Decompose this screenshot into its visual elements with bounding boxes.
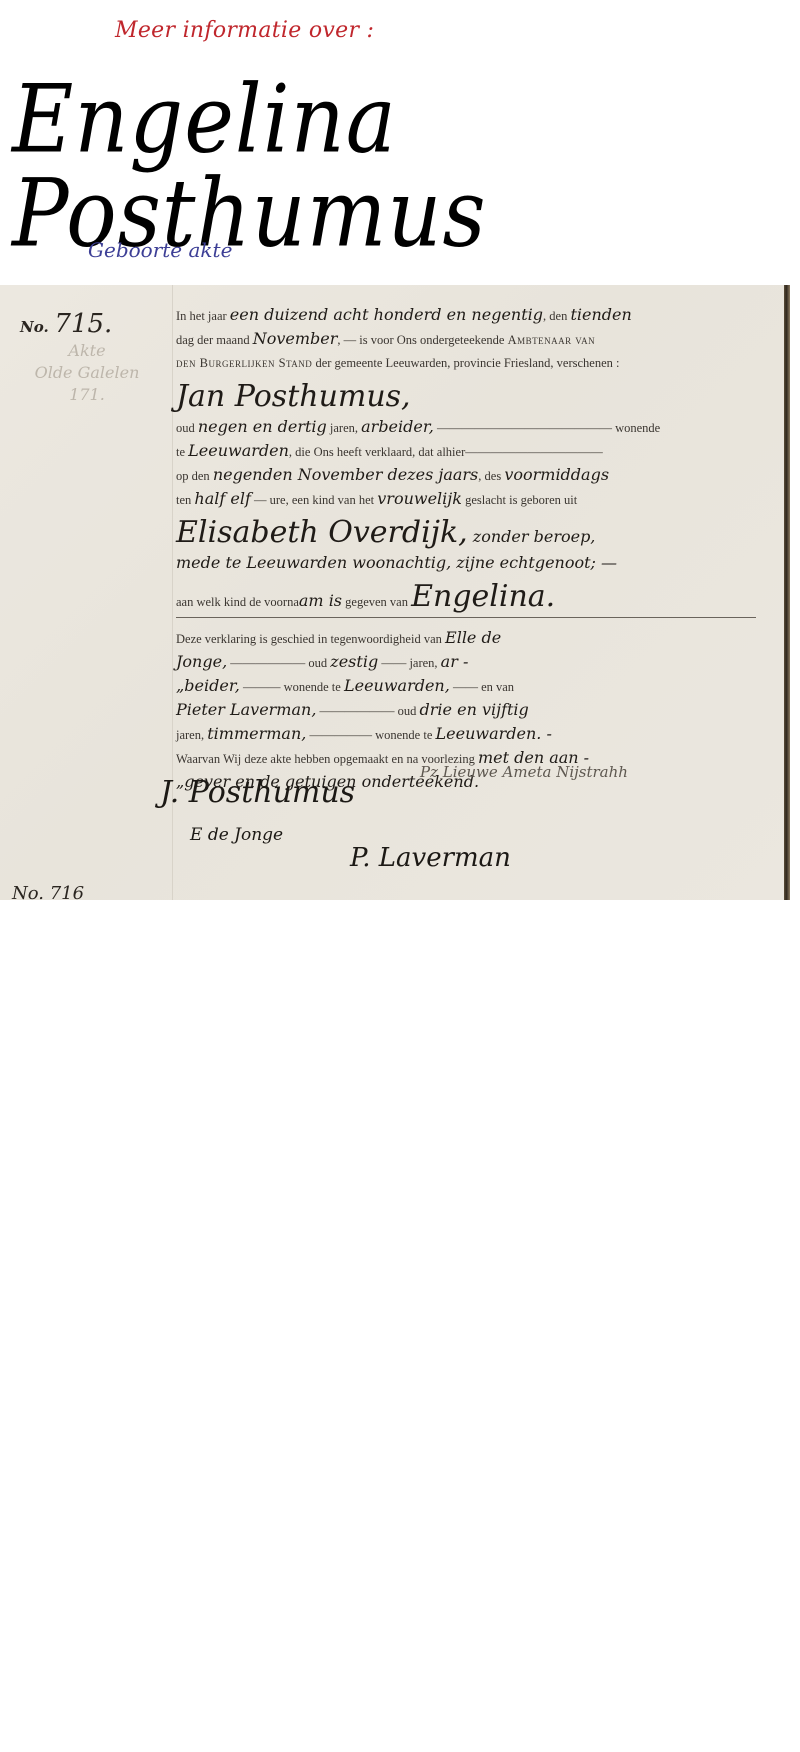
right-margin — [790, 285, 800, 900]
handwritten-text: timmerman, — [207, 724, 306, 743]
handwritten-text: „beider, — [176, 676, 240, 695]
margin-annotation: AkteOlde Galelen171. — [12, 340, 162, 406]
printed-text: , die Ons heeft verklaard, dat alhier———… — [289, 445, 603, 459]
printed-text: ——— wonende te — [240, 680, 344, 694]
handwritten-text: tienden — [570, 305, 631, 324]
handwritten-text: negen en dertig — [198, 417, 327, 436]
birth-certificate-scan: No. 715. AkteOlde Galelen171. No. 716 In… — [0, 285, 790, 900]
signatures: J. PosthumusPz Lieuwe Ameta NijstrahhE d… — [150, 755, 770, 900]
printed-text: —— jaren, — [378, 656, 440, 670]
printed-text: , den — [543, 309, 570, 323]
handwritten-text: ar - — [441, 652, 469, 671]
printed-text: , — is voor Ons ondergeteekende — [337, 333, 507, 347]
printed-text: der gemeente Leeuwarden, provincie Fries… — [312, 356, 619, 370]
handwritten-text: drie en vijftig — [420, 700, 529, 719]
handwritten-text: arbeider, — [361, 417, 434, 436]
printed-text: den Burgerlijken Stand — [176, 356, 312, 370]
handwritten-text: Leeuwarden. - — [436, 724, 552, 743]
section-divider — [176, 617, 756, 618]
handwritten-text: Pieter Laverman, — [176, 700, 316, 719]
handwritten-text: Engelina. — [411, 579, 555, 614]
record-line: Deze verklaring is geschied in tegenwoor… — [176, 626, 756, 650]
page-title: Engelina Posthumus — [12, 72, 800, 260]
printed-text: aan welk kind de voorna — [176, 595, 299, 609]
handwritten-text: zonder beroep, — [468, 527, 596, 546]
printed-text: jaren, — [176, 728, 207, 742]
record-line: Jonge, —————— oud zestig —— jaren, ar - — [176, 650, 756, 674]
signature: J. Posthumus — [160, 775, 355, 810]
record-line: oud negen en dertig jaren, arbeider, ———… — [176, 415, 756, 439]
record-line: ten half elf — ure, een kind van het vro… — [176, 487, 756, 511]
handwritten-text: Jonge, — [176, 652, 227, 671]
handwritten-text: Leeuwarden — [188, 441, 289, 460]
printed-text: op den — [176, 469, 213, 483]
handwritten-text: mede te Leeuwarden woonachtig, zijne ech… — [176, 553, 617, 572]
handwritten-text: negenden November dezes jaars — [213, 465, 478, 484]
printed-text: te — [176, 445, 188, 459]
margin-annotation-line: Akte — [12, 340, 162, 362]
handwritten-text: November — [253, 329, 338, 348]
record-number: No. 715. — [20, 309, 112, 339]
printed-text: Ambtenaar van — [508, 333, 596, 347]
margin-annotation-line: 171. — [12, 384, 162, 406]
printed-text: dag der maand — [176, 333, 253, 347]
handwritten-text: voormiddags — [504, 465, 609, 484]
handwritten-text: zestig — [330, 652, 378, 671]
printed-text: geslacht is geboren uit — [462, 493, 577, 507]
printed-text: jaren, — [327, 421, 361, 435]
printed-text: ten — [176, 493, 194, 507]
margin-annotation-line: Olde Galelen — [12, 362, 162, 384]
birth-certificate-link[interactable]: Geboorte akte — [88, 238, 232, 262]
record-line: „beider, ——— wonende te Leeuwarden, —— e… — [176, 674, 756, 698]
signature: Pz Lieuwe Ameta Nijstrahh — [420, 763, 628, 781]
signature: E de Jonge — [190, 825, 283, 845]
handwritten-text: vrouwelijk — [377, 489, 462, 508]
handwritten-text: Leeuwarden, — [344, 676, 450, 695]
record-line: Elisabeth Overdijk, zonder beroep, — [176, 511, 756, 551]
record-line: Jan Posthumus, — [176, 375, 756, 415]
printed-text: Deze verklaring is geschied in tegenwoor… — [176, 632, 445, 646]
printed-text: —————————————— wonende — [434, 421, 660, 435]
printed-text: , des — [478, 469, 504, 483]
record-line: In het jaar een duizend acht honderd en … — [176, 303, 756, 327]
printed-text: —————— oud — [316, 704, 419, 718]
record-line: dag der maand November, — is voor Ons on… — [176, 327, 756, 351]
record-line: mede te Leeuwarden woonachtig, zijne ech… — [176, 551, 756, 575]
next-record-number: No. 716 — [12, 883, 84, 900]
printed-text: —————— oud — [227, 656, 330, 670]
handwritten-text: Elle de — [445, 628, 501, 647]
record-line: Pieter Laverman, —————— oud drie en vijf… — [176, 698, 756, 722]
printed-text: — ure, een kind van het — [251, 493, 377, 507]
printed-text: oud — [176, 421, 198, 435]
printed-text: In het jaar — [176, 309, 230, 323]
kicker-text: Meer informatie over : — [115, 18, 374, 43]
handwritten-text: een duizend acht honderd en negentig — [230, 305, 543, 324]
record-line: jaren, timmerman, ————— wonende te Leeuw… — [176, 722, 756, 746]
handwritten-text: am is — [299, 591, 342, 610]
signature: P. Laverman — [350, 843, 511, 873]
printed-text: gegeven van — [342, 595, 411, 609]
handwritten-text: Elisabeth Overdijk, — [176, 515, 468, 550]
handwritten-text: half elf — [194, 489, 250, 508]
record-line: op den negenden November dezes jaars, de… — [176, 463, 756, 487]
record-line: aan welk kind de voornaam is gegeven van… — [176, 575, 756, 615]
handwritten-text: Jan Posthumus, — [176, 379, 411, 414]
record-line: den Burgerlijken Stand der gemeente Leeu… — [176, 351, 756, 375]
printed-text: ————— wonende te — [306, 728, 435, 742]
record-line: te Leeuwarden, die Ons heeft verklaard, … — [176, 439, 756, 463]
printed-text: —— en van — [450, 680, 514, 694]
record-text: In het jaar een duizend acht honderd en … — [176, 303, 756, 794]
